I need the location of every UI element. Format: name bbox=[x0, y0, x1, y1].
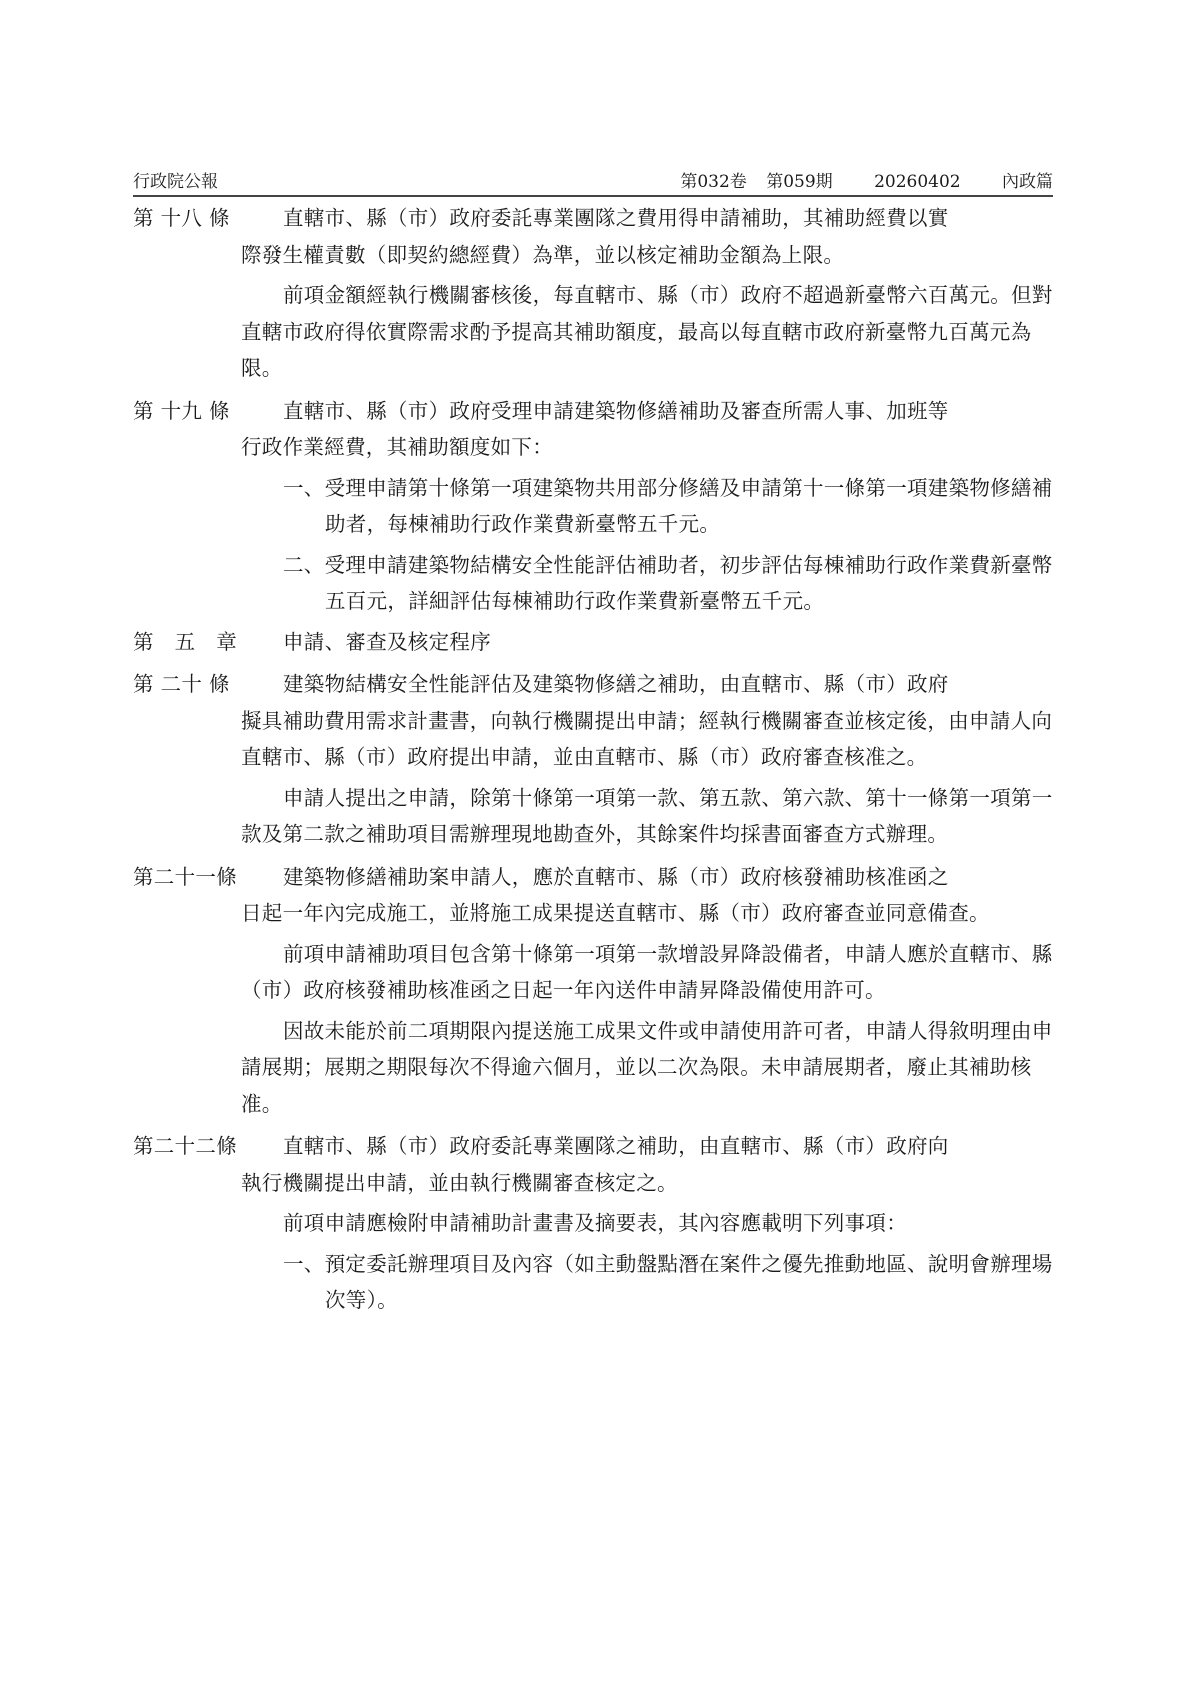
article-21: 第二十一條 建築物修繕補助案申請人，應於直轄市、縣（市）政府核發補助核准函之 日… bbox=[133, 859, 1053, 1123]
article-first-line: 建築物修繕補助案申請人，應於直轄市、縣（市）政府核發補助核准函之 bbox=[133, 859, 1053, 896]
page-header: 行政院公報 第032卷 第059期 20260402 內政篇 bbox=[133, 168, 1053, 197]
article-19: 第 十九 條 直轄市、縣（市）政府受理申請建築物修繕補助及審查所需人事、加班等 … bbox=[133, 393, 1053, 620]
article-first-line: 直轄市、縣（市）政府委託專業團隊之補助，由直轄市、縣（市）政府向 bbox=[133, 1128, 1053, 1165]
article-label: 第 二十 條 bbox=[133, 666, 243, 703]
chapter-label: 第 五 章 bbox=[133, 624, 243, 661]
date: 20260402 bbox=[874, 172, 961, 192]
article-continuation: 際發生權責數（即契約總經費）為準，並以核定補助金額為上限。 bbox=[241, 237, 1053, 274]
section: 內政篇 bbox=[1002, 172, 1053, 192]
article-label: 第 十九 條 bbox=[133, 393, 243, 430]
article-label: 第二十二條 bbox=[133, 1128, 243, 1165]
article-label: 第二十一條 bbox=[133, 859, 243, 896]
list-item: 一、預定委託辦理項目及內容（如主動盤點潛在案件之優先推動地區、說明會辦理場次等）… bbox=[283, 1246, 1053, 1319]
document-body: 第 十八 條 直轄市、縣（市）政府委託專業團隊之費用得申請補助，其補助經費以實 … bbox=[133, 200, 1053, 1323]
article-paragraph: 因故未能於前二項期限內提送施工成果文件或申請使用許可者，申請人得敘明理由申請展期… bbox=[241, 1013, 1053, 1123]
article-paragraph: 申請人提出之申請，除第十條第一項第一款、第五款、第六款、第十一條第一項第一款及第… bbox=[241, 780, 1053, 853]
article-label: 第 十八 條 bbox=[133, 200, 243, 237]
article-18: 第 十八 條 直轄市、縣（市）政府委託專業團隊之費用得申請補助，其補助經費以實 … bbox=[133, 200, 1053, 387]
article-paragraph: 前項申請應檢附申請補助計畫書及摘要表，其內容應載明下列事項： bbox=[241, 1205, 1053, 1242]
list-item: 一、受理申請第十條第一項建築物共用部分修繕及申請第十一條第一項建築物修繕補助者，… bbox=[283, 470, 1053, 543]
article-continuation: 行政作業經費，其補助額度如下： bbox=[241, 429, 1053, 466]
article-paragraph: 前項申請補助項目包含第十條第一項第一款增設昇降設備者，申請人應於直轄市、縣（市）… bbox=[241, 936, 1053, 1009]
chapter-heading: 第 五 章 申請、審查及核定程序 bbox=[133, 624, 1053, 661]
list-item: 二、受理申請建築物結構安全性能評估補助者，初步評估每棟補助行政作業費新臺幣五百元… bbox=[283, 547, 1053, 620]
article-first-line: 直轄市、縣（市）政府受理申請建築物修繕補助及審查所需人事、加班等 bbox=[133, 393, 1053, 430]
article-22: 第二十二條 直轄市、縣（市）政府委託專業團隊之補助，由直轄市、縣（市）政府向 執… bbox=[133, 1128, 1053, 1319]
article-first-line: 直轄市、縣（市）政府委託專業團隊之費用得申請補助，其補助經費以實 bbox=[133, 200, 1053, 237]
article-first-line: 建築物結構安全性能評估及建築物修繕之補助，由直轄市、縣（市）政府 bbox=[133, 666, 1053, 703]
publication-name: 行政院公報 bbox=[133, 167, 218, 192]
article-continuation: 擬具補助費用需求計畫書，向執行機關提出申請；經執行機關審查並核定後，由申請人向直… bbox=[241, 703, 1053, 776]
article-paragraph: 前項金額經執行機關審核後，每直轄市、縣（市）政府不超過新臺幣六百萬元。但對直轄市… bbox=[241, 277, 1053, 387]
article-continuation: 執行機關提出申請，並由執行機關審查核定之。 bbox=[241, 1165, 1053, 1202]
issue: 第059期 bbox=[766, 172, 832, 192]
article-20: 第 二十 條 建築物結構安全性能評估及建築物修繕之補助，由直轄市、縣（市）政府 … bbox=[133, 666, 1053, 853]
article-continuation: 日起一年內完成施工，並將施工成果提送直轄市、縣（市）政府審查並同意備查。 bbox=[241, 895, 1053, 932]
volume: 第032卷 bbox=[680, 172, 746, 192]
chapter-title: 申請、審查及核定程序 bbox=[133, 624, 1053, 661]
issue-info: 第032卷 第059期 20260402 內政篇 bbox=[666, 167, 1053, 192]
